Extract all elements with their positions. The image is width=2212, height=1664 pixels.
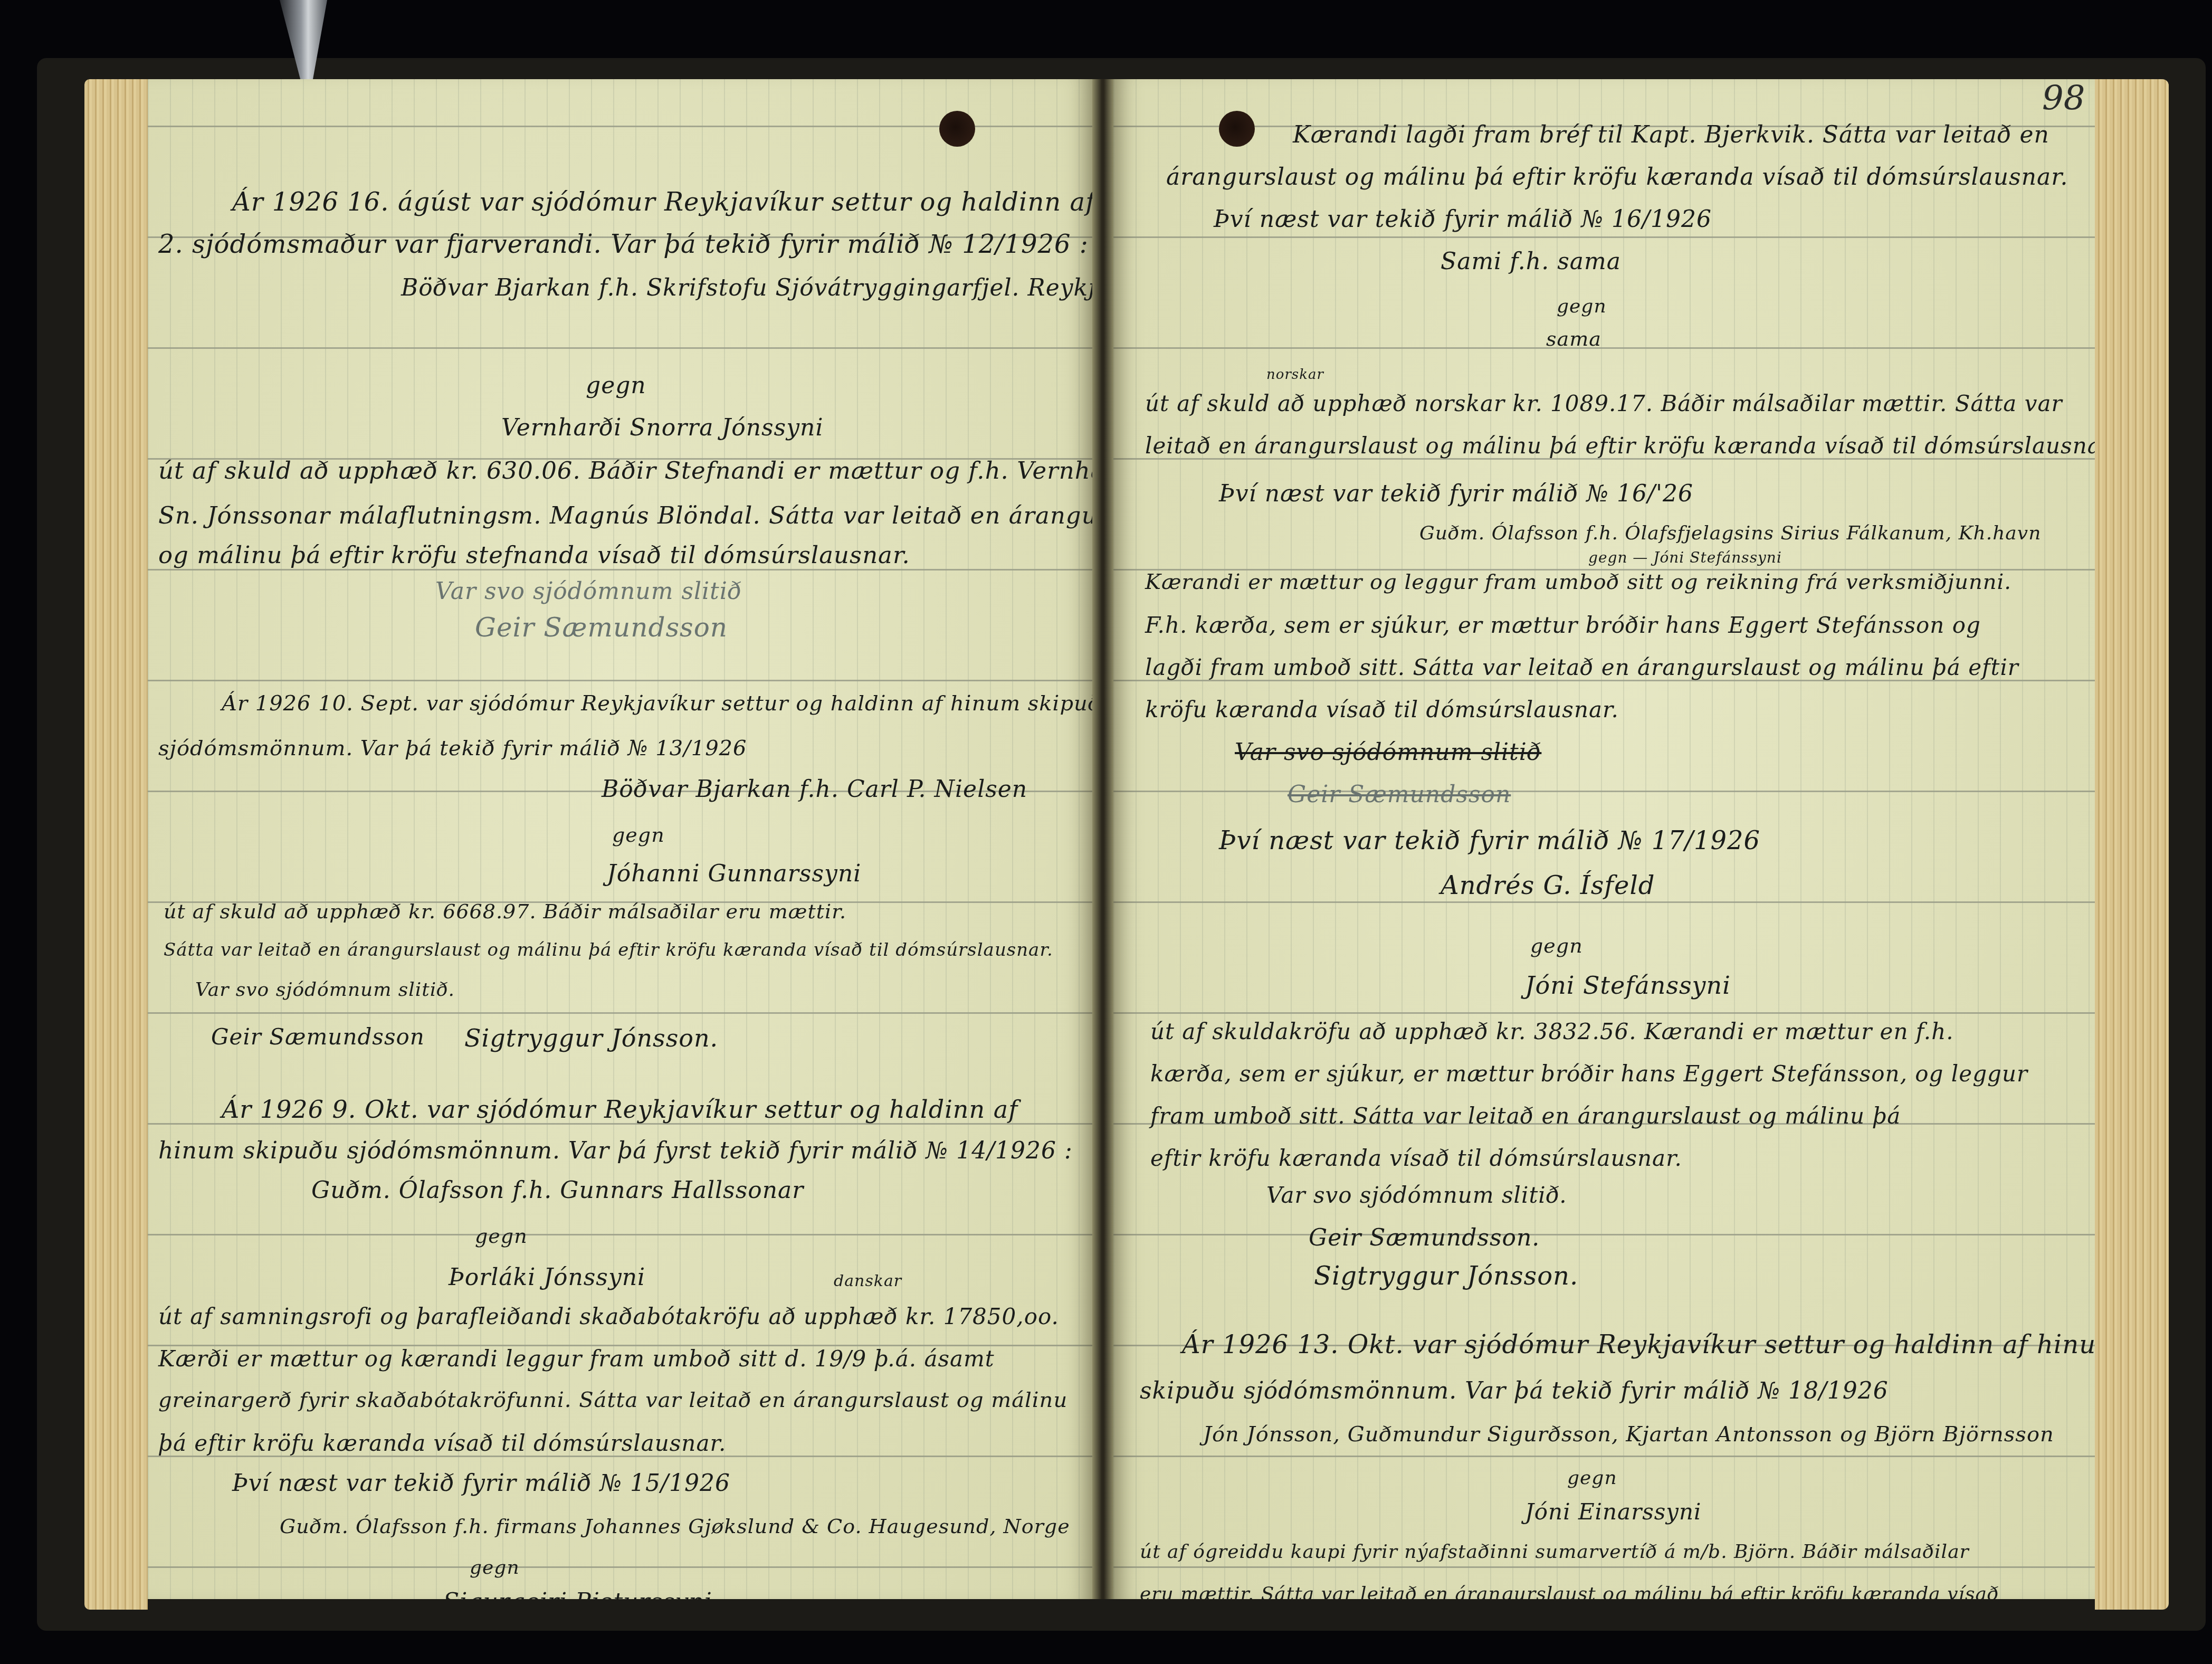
text-line: þá eftir kröfu kæranda vísað til dómsúrs… (158, 1430, 726, 1456)
text-line: gegn (586, 372, 646, 399)
page-number: 98 (2042, 79, 2085, 118)
punch-hole (1219, 111, 1255, 147)
text-line: F.h. kærða, sem er sjúkur, er mættur bró… (1145, 612, 1981, 638)
text-line: Því næst var tekið fyrir málið № 16/1926 (1214, 206, 1712, 233)
text-line: Jóni Stefánssyni (1525, 971, 1731, 1000)
text-line: Jóhanni Gunnarssyni (607, 860, 861, 887)
text-line: greinargerð fyrir skaðabótakröfunni. Sát… (158, 1388, 1067, 1412)
text-line: Sn. Jónssonar málaflutningsm. Magnús Blö… (158, 501, 1092, 529)
text-line: Því næst var tekið fyrir málið № 15/1926 (232, 1470, 730, 1497)
text-line: gegn (1557, 296, 1607, 317)
interlinear-insert: norskar (1266, 367, 1324, 383)
text-line: Var svo sjódómnum slitið. (195, 979, 455, 1001)
text-line: Ár 1926 9. Okt. var sjódómur Reykjavíkur… (222, 1095, 1018, 1124)
text-line: sama (1546, 327, 1601, 350)
text-line: lagði fram umboð sitt. Sátta var leitað … (1145, 654, 2019, 680)
left-page-edges (84, 79, 148, 1610)
text-line: Vernharði Snorra Jónssyni (501, 414, 823, 441)
text-line: út af samningsrofi og þarafleiðandi skað… (158, 1304, 1059, 1329)
text-line: Guðm. Ólafsson f.h. Gunnars Hallssonar (311, 1177, 804, 1204)
text-line: út af skuldakröfu að upphæð kr. 3832.56.… (1150, 1019, 1954, 1044)
signature: Geir Sæmundsson (475, 612, 728, 643)
text-line: leitað en árangurslaust og málinu þá eft… (1145, 433, 2095, 459)
left-page: Ár 1926 16. ágúst var sjódómur Reykjavík… (148, 79, 1092, 1599)
text-line: gegn (475, 1224, 528, 1248)
text-line: út af skuld að upphæð kr. 630.06. Báðir … (158, 457, 1092, 484)
text-line: Ár 1926 13. Okt. var sjódómur Reykjavíku… (1182, 1330, 2095, 1359)
text-line: Var svo sjódómnum slitið. (1266, 1182, 1567, 1208)
text-line: Sigurgeiri Pjeturssyni (443, 1589, 712, 1599)
text-line: Því næst var tekið fyrir málið № 16/'26 (1219, 480, 1693, 507)
text-line: Guðm. Ólafsson f.h. firmans Johannes Gjø… (280, 1515, 1070, 1538)
text-line: gegn (612, 823, 665, 847)
text-line: hinum skipuðu sjódómsmönnum. Var þá fyrs… (158, 1137, 1073, 1164)
punch-hole (939, 111, 975, 147)
right-page: Kærandi lagði fram bréf til Kapt. Bjerkv… (1113, 79, 2095, 1599)
text-line: gegn (1567, 1467, 1617, 1489)
text-line: Ár 1926 10. Sept. var sjódómur Reykjavík… (222, 691, 1092, 716)
signature: Sigtryggur Jónsson. (1314, 1261, 1578, 1291)
book-gutter (1092, 79, 1113, 1599)
struck-text: Var svo sjódómnum slitið (1235, 739, 1541, 766)
interlinear-insert: danskar (834, 1272, 902, 1290)
text-line: Kærandi er mættur og leggur fram umboð s… (1145, 570, 2011, 594)
text-line: eru mættir. Sátta var leitað en árangurs… (1140, 1583, 1999, 1599)
text-line: Ár 1926 16. ágúst var sjódómur Reykjavík… (232, 187, 1092, 217)
text-line: Jón Jónsson, Guðmundur Sigurðsson, Kjart… (1203, 1422, 2054, 1447)
text-line: fram umboð sitt. Sátta var leitað en ára… (1150, 1103, 1901, 1129)
signature: Geir Sæmundsson. (1309, 1224, 1540, 1251)
text-line: árangurslaust og málinu þá eftir kröfu k… (1166, 164, 2068, 191)
struck-signature: Geir Sæmundsson (1288, 781, 1511, 808)
text-line: Þorláki Jónssyni (449, 1264, 645, 1291)
text-line: skipuðu sjódómsmönnum. Var þá tekið fyri… (1140, 1377, 1889, 1404)
text-line: Sami f.h. sama (1441, 248, 1621, 275)
text-line: Kærandi lagði fram bréf til Kapt. Bjerkv… (1293, 121, 2049, 148)
text-line: Jóni Einarssyni (1525, 1499, 1702, 1525)
text-line: út af ógreiddu kaupi fyrir nýafstaðinni … (1140, 1541, 1969, 1563)
text-line: gegn (470, 1557, 520, 1579)
text-line: kröfu kæranda vísað til dómsúrslausnar. (1145, 697, 1619, 722)
text-line: út af skuld að upphæð kr. 6668.97. Báðir… (164, 900, 846, 923)
text-line: Böðvar Bjarkan f.h. Skrifstofu Sjóvátryg… (401, 274, 1092, 301)
right-page-edges (2095, 79, 2169, 1610)
text-line: 2. sjódómsmaður var fjarverandi. Var þá … (158, 230, 1089, 259)
signature: Geir Sæmundsson (211, 1024, 425, 1050)
text-line: út af skuld að upphæð norskar kr. 1089.1… (1145, 391, 2063, 416)
stamped-text: Var svo sjódómnum slitið (435, 578, 742, 605)
text-line: Sátta var leitað en árangurslaust og mál… (164, 939, 1053, 961)
text-line: eftir kröfu kæranda vísað til dómsúrslau… (1150, 1145, 1682, 1171)
text-line: Guðm. Ólafsson f.h. Ólafsfjelagsins Siri… (1419, 522, 2041, 544)
text-line: kærða, sem er sjúkur, er mættur bróðir h… (1150, 1061, 2028, 1087)
interlinear-insert: gegn — Jóni Stefánssyni (1588, 549, 1782, 566)
text-line: Kærði er mættur og kærandi leggur fram u… (158, 1346, 995, 1372)
text-line: Böðvar Bjarkan f.h. Carl P. Nielsen (602, 776, 1027, 803)
text-line: sjódómsmönnum. Var þá tekið fyrir málið … (158, 736, 747, 760)
text-line: Andrés G. Ísfeld (1441, 871, 1655, 900)
signature: Sigtryggur Jónsson. (464, 1024, 718, 1052)
text-line: Því næst var tekið fyrir málið № 17/1926 (1219, 826, 1760, 855)
text-line: og málinu þá eftir kröfu stefnanda vísað… (158, 541, 910, 569)
text-line: gegn (1530, 934, 1583, 957)
